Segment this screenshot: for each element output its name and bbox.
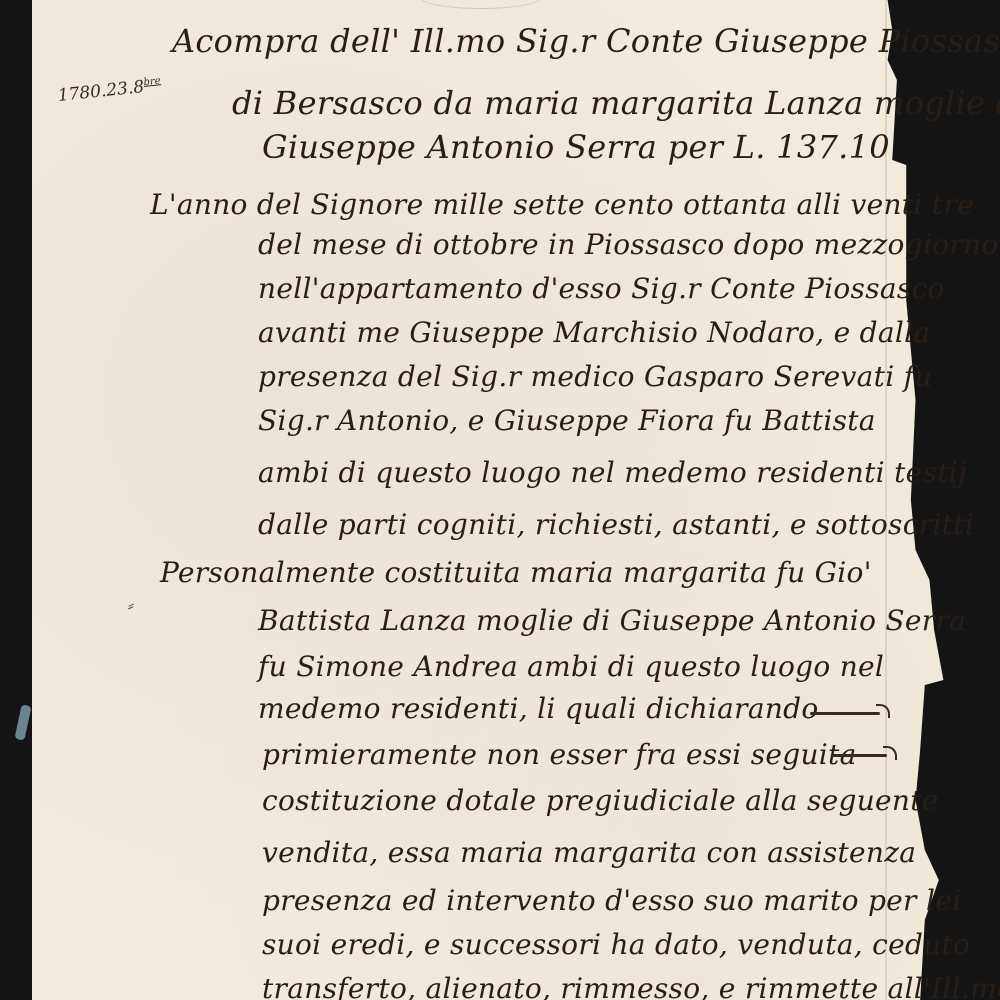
body-line-1: L'anno del Signore mille sette cento ott…	[150, 188, 974, 221]
title-line-2: di Bersasco da maria margarita Lanza mog…	[232, 84, 1000, 122]
scan-frame: 1780.23.8bre Acompra dell' Ill.mo Sig.r …	[0, 0, 1000, 1000]
body-line-18: transferto, alienato, rimmesso, e rimmet…	[262, 972, 1000, 1000]
body-line-8: dalle parti cogniti, richiesti, astanti,…	[258, 508, 974, 541]
body-line-2: del mese di ottobre in Piossasco dopo me…	[258, 228, 999, 261]
title-line-1: Acompra dell' Ill.mo Sig.r Conte Giusepp…	[172, 22, 1000, 60]
body-line-9: Personalmente costituita maria margarita…	[160, 556, 872, 589]
margin-month-suffix: bre	[143, 76, 161, 89]
body-line-7: ambi di questo luogo nel medemo resident…	[258, 456, 967, 489]
margin-day: 23	[105, 79, 129, 101]
body-line-16: presenza ed intervento d'esso suo marito…	[262, 884, 961, 917]
body-line-5: presenza del Sig.r medico Gasparo Sereva…	[258, 360, 933, 393]
paragraph-mark-icon: ⸗	[128, 595, 134, 616]
body-line-3: nell'appartamento d'esso Sig.r Conte Pio…	[258, 272, 945, 305]
line-filler-flourish	[810, 712, 880, 715]
body-line-17: suoi eredi, e successori ha dato, vendut…	[262, 928, 970, 961]
body-line-12: medemo residenti, li quali dichiarando	[258, 692, 819, 725]
title-line-3: Giuseppe Antonio Serra per L. 137.10	[262, 128, 890, 166]
body-line-11: fu Simone Andrea ambi di questo luogo ne…	[258, 650, 884, 683]
body-line-6: Sig.r Antonio, e Giuseppe Fiora fu Batti…	[258, 404, 876, 437]
body-line-15: vendita, essa maria margarita con assist…	[262, 836, 916, 869]
body-line-10: Battista Lanza moglie di Giuseppe Antoni…	[258, 604, 966, 637]
body-line-13: primieramente non esser fra essi seguita	[262, 738, 857, 771]
line-filler-flourish	[832, 754, 887, 757]
body-line-4: avanti me Giuseppe Marchisio Nodaro, e d…	[258, 316, 930, 349]
binding-thread	[14, 704, 31, 740]
body-line-14: costituzione dotale pregiudiciale alla s…	[262, 784, 939, 817]
